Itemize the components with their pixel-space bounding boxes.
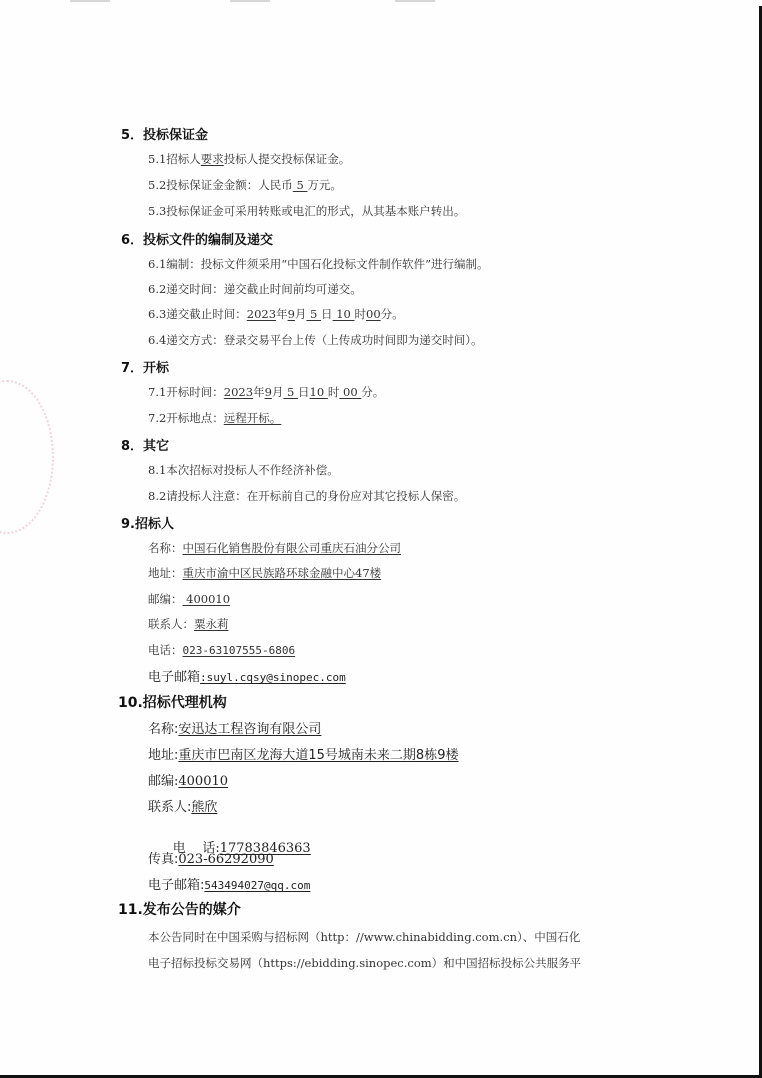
agency-name: 名称:安迅达工程咨询有限公司: [148, 718, 321, 737]
item-5-3: 5.3投标保证金可采用转账或电汇的形式，从其基本账户转出。: [148, 203, 465, 219]
section-11-heading: 11.发布公告的媒介: [118, 899, 241, 919]
tenderer-email: 电子邮箱:suyl.cqsy@sinopec.com: [148, 666, 346, 685]
tenderer-contact: 联系人：粟永莉: [148, 616, 229, 632]
email-link[interactable]: :suyl.cqsy@sinopec.com: [200, 671, 346, 684]
section-9-heading: 9.招标人: [121, 513, 174, 532]
item-6-4: 6.4递交方式：登录交易平台上传（上传成功时间即为递交时间）。: [148, 332, 483, 348]
agency-postcode: 邮编:400010: [148, 770, 228, 789]
agency-contact: 联系人:熊欣: [148, 796, 217, 815]
item-6-1: 6.1编制：投标文件须采用“中国石化投标文件制作软件”进行编制。: [148, 256, 489, 272]
red-seal-stamp-fragment: [0, 380, 54, 534]
item-5-1: 5.1招标人要求投标人提交投标保证金。: [148, 151, 350, 167]
item-6-2: 6.2递交时间：递交截止时间前均可递交。: [148, 281, 362, 297]
item-5-2: 5.2投标保证金金额：人民币 5 万元。: [148, 177, 342, 193]
item-8-2: 8.2请投标人注意：在开标前自己的身份应对其它投标人保密。: [148, 488, 465, 504]
tenderer-name: 名称：中国石化销售股份有限公司重庆石油分公司: [148, 540, 401, 556]
section-5-heading: 5．投标保证金: [121, 124, 208, 143]
item-8-1: 8.1本次招标对投标人不作经济补偿。: [148, 462, 339, 478]
agency-fax: 传真:023-66292090: [148, 848, 274, 867]
item-6-3: 6.3递交截止时间：2023年9月 5 日 10 时00分。: [148, 306, 404, 322]
tenderer-address: 地址：重庆市渝中区民族路环球金融中心47楼: [148, 565, 381, 581]
item-7-2: 7.2开标地点：远程开标。: [148, 410, 281, 426]
section-8-heading: 8．其它: [121, 435, 169, 454]
section-7-heading: 7．开标: [121, 357, 169, 376]
scan-top-marks: [0, 0, 762, 6]
email-link[interactable]: 543494027@qq.com: [204, 879, 310, 892]
tenderer-phone: 电话：023-63107555-6806: [148, 642, 295, 658]
section-6-heading: 6．投标文件的编制及递交: [121, 229, 273, 248]
section-10-heading: 10.招标代理机构: [118, 692, 227, 712]
document-page: 5．投标保证金 5.1招标人要求投标人提交投标保证金。 5.2投标保证金金额：人…: [0, 0, 762, 1078]
media-line-2: 电子招标投标交易网（https://ebidding.sinopec.com）和…: [148, 955, 581, 971]
item-7-1: 7.1开标时间：2023年9月 5 日10 时 00 分。: [148, 384, 384, 400]
tenderer-postcode: 邮编： 400010: [148, 591, 230, 607]
agency-address: 地址:重庆市巴南区龙海大道15号城南未来二期8栋9楼: [148, 744, 458, 763]
media-line-1: 本公告同时在中国采购与招标网（http：//www.chinabidding.c…: [148, 929, 580, 945]
agency-email: 电子邮箱:543494027@qq.com: [148, 874, 310, 893]
